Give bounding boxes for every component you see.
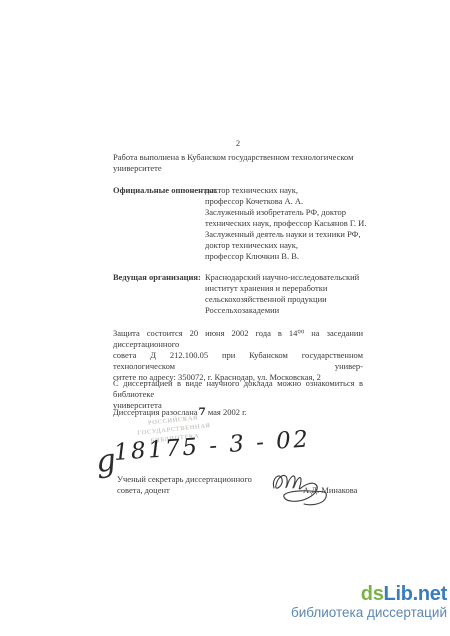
leading-org-line: сельскохозяйственной продукции xyxy=(205,294,365,305)
defense-paragraph: Защита состоится 20 июня 2002 года в 14⁰… xyxy=(113,328,363,383)
opponent-line: профессор Кочеткова А. А. xyxy=(205,196,365,207)
dslib-logo-libnet: Lib.net xyxy=(384,583,447,605)
leading-org-line: институт хранения и переработки xyxy=(205,283,365,294)
dslib-watermark: dsLib.net библиотека диссертаций xyxy=(291,583,447,621)
secretary-block: Ученый секретарь диссертационного совета… xyxy=(117,474,277,496)
leading-org-text: Краснодарский научно-исследовательский и… xyxy=(205,272,365,316)
affiliation-paragraph: Работа выполнена в Кубанском государстве… xyxy=(113,152,363,174)
secretary-line: Ученый секретарь диссертационного xyxy=(117,474,277,485)
library-note-line: С диссертацией в виде научного доклада м… xyxy=(113,378,363,400)
affiliation-line: университете xyxy=(113,163,363,174)
opponent-line: профессор Ключкин В. В. xyxy=(205,251,365,262)
leading-org-line: Краснодарский научно-исследовательский xyxy=(205,272,365,283)
dslib-logo-ds: ds xyxy=(361,583,384,605)
opponents-list: доктор технических наук, профессор Кочет… xyxy=(205,185,365,262)
leading-org-line: Россельхозакадемии xyxy=(205,305,365,316)
page-number: 2 xyxy=(113,138,363,149)
affiliation-line: Работа выполнена в Кубанском государстве… xyxy=(113,152,363,163)
secretary-name: А.Д. Минакова xyxy=(303,485,357,496)
dslib-logo: dsLib.net xyxy=(291,583,447,605)
defense-line: совета Д 212.100.05 при Кубанском госуда… xyxy=(113,350,363,372)
opponent-line: Заслуженный деятель науки и техники РФ, xyxy=(205,229,365,240)
opponent-line: доктор технических наук, xyxy=(205,185,365,196)
dslib-tagline: библиотека диссертаций xyxy=(291,605,447,621)
opponent-line: доктор технических наук, xyxy=(205,240,365,251)
opponents-label: Официальные оппоненты: xyxy=(113,185,217,196)
defense-line: Защита состоится 20 июня 2002 года в 14⁰… xyxy=(113,328,363,350)
opponent-line: Заслуженный изобретатель РФ, доктор xyxy=(205,207,365,218)
opponent-line: технических наук, профессор Касьянов Г. … xyxy=(205,218,365,229)
secretary-line: совета, доцент xyxy=(117,485,277,496)
leading-org-label: Ведущая организация: xyxy=(113,272,201,283)
